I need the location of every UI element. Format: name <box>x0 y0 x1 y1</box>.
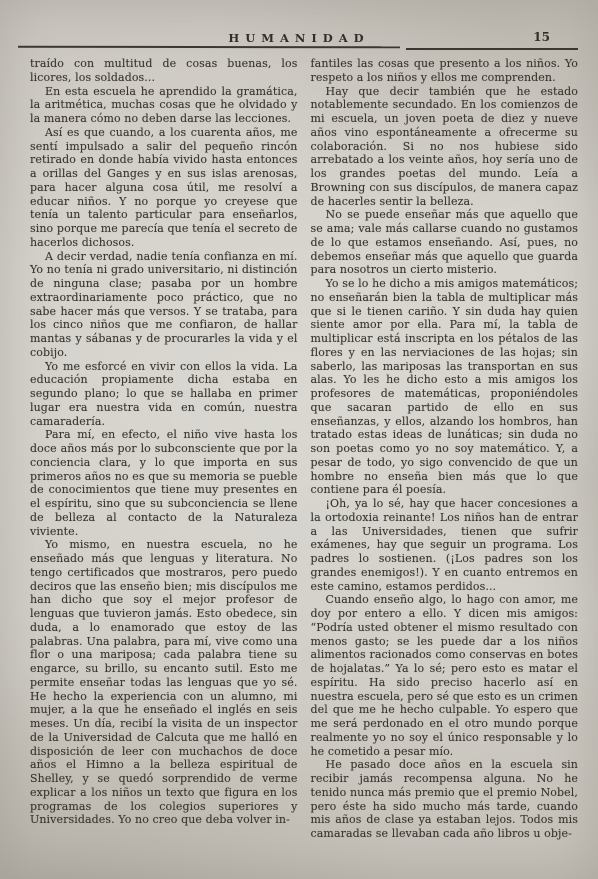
paragraph: traído con multitud de cosas buenas, los… <box>30 57 298 85</box>
paragraph: No se puede enseñar más que aquello que … <box>311 208 579 277</box>
paragraph: ¡Oh, ya lo sé, hay que hacer concesiones… <box>311 497 579 593</box>
paragraph: Para mí, en efecto, el niño vive hasta l… <box>30 428 298 538</box>
header-rule-right <box>406 48 578 50</box>
paragraph: A decir verdad, nadie tenía confianza en… <box>30 250 298 360</box>
journal-title: HUMANIDAD <box>0 31 598 45</box>
header-rule-left <box>18 46 400 49</box>
paragraph: He pasado doce años en la escuela sin re… <box>311 758 579 841</box>
right-column: fantiles las cosas que presento a los ni… <box>311 57 579 841</box>
paragraph: Así es que cuando, a los cuarenta años, … <box>30 126 298 250</box>
paragraph: Cuando enseño algo, lo hago con amor, me… <box>311 593 579 758</box>
paragraph: fantiles las cosas que presento a los ni… <box>311 57 579 85</box>
left-column: traído con multitud de cosas buenas, los… <box>30 57 298 841</box>
paragraph: Yo me esforcé en vivir con ellos la vida… <box>30 360 298 429</box>
scanned-magazine-page: HUMANIDAD 15 traído con multitud de cosa… <box>0 0 598 879</box>
page-number: 15 <box>533 30 550 44</box>
paragraph: En esta escuela he aprendido la gramátic… <box>30 85 298 126</box>
paragraph: Yo se lo he dicho a mis amigos matemátic… <box>311 277 579 497</box>
paragraph: Hay que decir también que he estado nota… <box>311 85 579 209</box>
text-columns: traído con multitud de cosas buenas, los… <box>30 57 578 841</box>
paragraph: Yo mismo, en nuestra escuela, no he ense… <box>30 538 298 827</box>
